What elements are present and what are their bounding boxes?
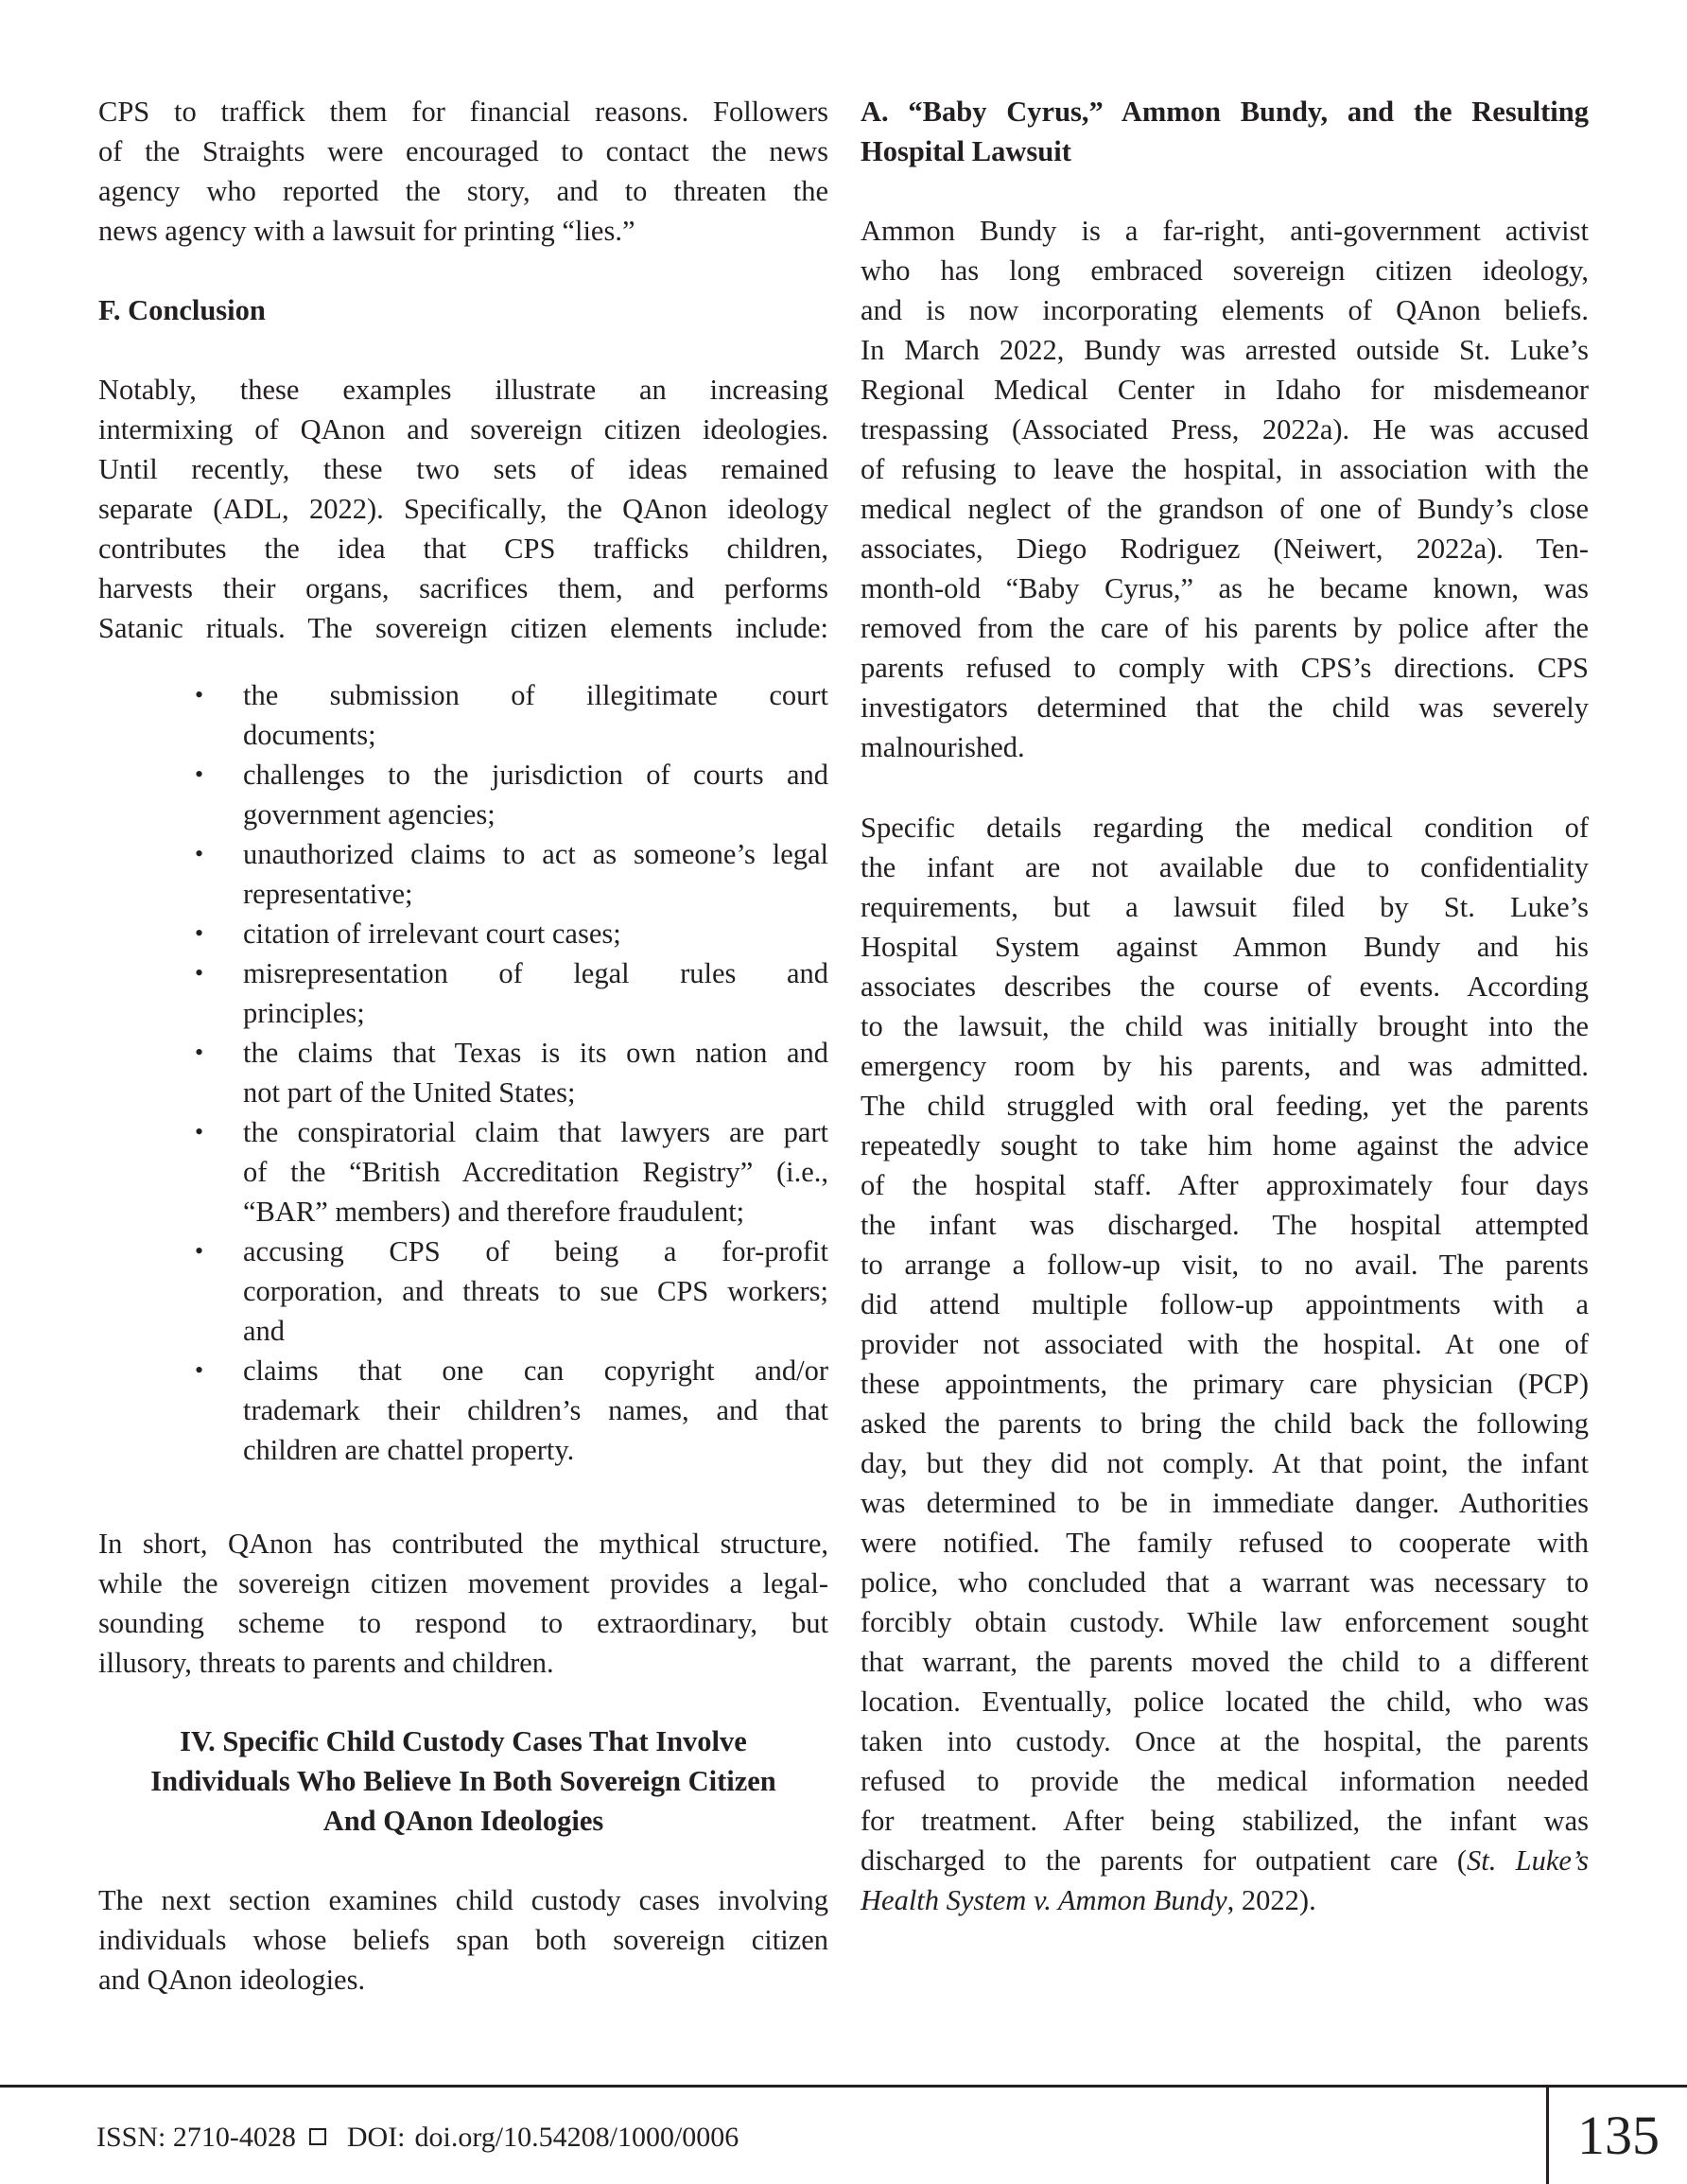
bullet-icon: • bbox=[195, 914, 203, 953]
text-line: citation of irrelevant court cases; bbox=[243, 914, 828, 953]
text-line: Hospital System against Ammon Bundy and … bbox=[861, 927, 1589, 967]
case-name-italic: St. Luke’s bbox=[1467, 1844, 1589, 1877]
footer-citation: ISSN: 2710-4028DOI:doi.org/10.54208/1000… bbox=[96, 2119, 739, 2157]
text-line: separate (ADL, 2022). Specifically, the … bbox=[98, 489, 828, 529]
text-line: challenges to the jurisdiction of courts… bbox=[243, 755, 828, 795]
text-line: misrepresentation of legal rules and bbox=[243, 953, 828, 993]
text-line: requirements, but a lawsuit filed by St.… bbox=[861, 887, 1589, 927]
doi-label: DOI: bbox=[347, 2122, 406, 2153]
text-line: malnourished. bbox=[861, 727, 1589, 767]
bullet-icon: • bbox=[195, 755, 203, 795]
text-line: principles; bbox=[243, 993, 828, 1033]
text-line: “BAR” members) and therefore fraudulent; bbox=[243, 1192, 828, 1232]
text-line: were notified. The family refused to coo… bbox=[861, 1523, 1589, 1563]
text-line: taken into custody. Once at the hospital… bbox=[861, 1721, 1589, 1761]
text-line: discharged to the parents for outpatient… bbox=[861, 1841, 1589, 1880]
text-line: Health System v. Ammon Bundy, 2022). bbox=[861, 1880, 1589, 1920]
text-line: and is now incorporating elements of QAn… bbox=[861, 290, 1589, 330]
case-name-italic: Health System v. Ammon Bundy bbox=[861, 1884, 1227, 1916]
text-line: Satanic rituals. The sovereign citizen e… bbox=[98, 608, 828, 648]
text-line: trademark their children’s names, and th… bbox=[243, 1390, 828, 1430]
text-line: Regional Medical Center in Idaho for mis… bbox=[861, 370, 1589, 410]
text-line: associates, Diego Rodriguez (Neiwert, 20… bbox=[861, 529, 1589, 568]
heading-line: A. “Baby Cyrus,” Ammon Bundy, and the Re… bbox=[861, 92, 1589, 131]
text-line: emergency room by his parents, and was a… bbox=[861, 1046, 1589, 1086]
page-number: 135 bbox=[1577, 2107, 1660, 2164]
text-line: associates describes the course of event… bbox=[861, 967, 1589, 1006]
footer-divider bbox=[1546, 2087, 1549, 2184]
text-line: individuals whose beliefs span both sove… bbox=[98, 1920, 828, 1960]
text-line: and QAnon ideologies. bbox=[98, 1960, 828, 2000]
text-line: Until recently, these two sets of ideas … bbox=[98, 449, 828, 489]
text-line: the claims that Texas is its own nation … bbox=[243, 1033, 828, 1073]
text-line: for treatment. After being stabilized, t… bbox=[861, 1801, 1589, 1841]
text-line: and bbox=[243, 1311, 828, 1351]
text-line: who has long embraced sovereign citizen … bbox=[861, 251, 1589, 290]
text-line: Notably, these examples illustrate an in… bbox=[98, 370, 828, 410]
section-heading-conclusion: F. Conclusion bbox=[98, 290, 828, 330]
text-line: while the sovereign citizen movement pro… bbox=[98, 1564, 828, 1603]
text-line: documents; bbox=[243, 715, 828, 755]
text-line: to the lawsuit, the child was initially … bbox=[861, 1006, 1589, 1046]
footer-rule bbox=[0, 2085, 1687, 2088]
heading-line: Individuals Who Believe In Both Sovereig… bbox=[98, 1761, 828, 1801]
text-line: forcibly obtain custody. While law enfor… bbox=[861, 1602, 1589, 1642]
text-line: agency who reported the story, and to th… bbox=[98, 171, 828, 211]
text-line: CPS to traffick them for financial reaso… bbox=[98, 92, 828, 131]
text-line: was determined to be in immediate danger… bbox=[861, 1483, 1589, 1523]
heading-line: Hospital Lawsuit bbox=[861, 131, 1589, 171]
text-line: month-old “Baby Cyrus,” as he became kno… bbox=[861, 568, 1589, 608]
text-line: representative; bbox=[243, 874, 828, 914]
text-line: asked the parents to bring the child bac… bbox=[861, 1404, 1589, 1443]
text-line: trespassing (Associated Press, 2022a). H… bbox=[861, 410, 1589, 449]
bullet-icon: • bbox=[195, 1112, 203, 1152]
text-line: The child struggled with oral feeding, y… bbox=[861, 1086, 1589, 1126]
text-line: repeatedly sought to take him home again… bbox=[861, 1126, 1589, 1165]
text-span: discharged to the parents for outpatient… bbox=[861, 1844, 1467, 1877]
text-line: corporation, and threats to sue CPS work… bbox=[243, 1271, 828, 1311]
text-line: the conspiratorial claim that lawyers ar… bbox=[243, 1112, 828, 1152]
bullet-icon: • bbox=[195, 1232, 203, 1271]
text-line: news agency with a lawsuit for printing … bbox=[98, 211, 828, 251]
text-line: sounding scheme to respond to extraordin… bbox=[98, 1603, 828, 1643]
text-line: the infant was discharged. The hospital … bbox=[861, 1205, 1589, 1245]
text-line: that warrant, the parents moved the chil… bbox=[861, 1642, 1589, 1682]
text-line: The next section examines child custody … bbox=[98, 1880, 828, 1920]
text-line: medical neglect of the grandson of one o… bbox=[861, 489, 1589, 529]
text-line: location. Eventually, police located the… bbox=[861, 1682, 1589, 1721]
text-line: day, but they did not comply. At that po… bbox=[861, 1443, 1589, 1483]
text-line: contributes the idea that CPS trafficks … bbox=[98, 529, 828, 568]
text-line: did attend multiple follow-up appointmen… bbox=[861, 1284, 1589, 1324]
bullet-icon: • bbox=[195, 1351, 203, 1390]
bullet-icon: • bbox=[195, 834, 203, 874]
text-line: illusory, threats to parents and childre… bbox=[98, 1643, 828, 1683]
text-line: police, who concluded that a warrant was… bbox=[861, 1563, 1589, 1602]
doi-link[interactable]: doi.org/10.54208/1000/0006 bbox=[415, 2122, 739, 2153]
text-line: of the hospital staff. After approximate… bbox=[861, 1165, 1589, 1205]
text-line: of the Straights were encouraged to cont… bbox=[98, 131, 828, 171]
text-line: In short, QAnon has contributed the myth… bbox=[98, 1524, 828, 1564]
heading-line: IV. Specific Child Custody Cases That In… bbox=[98, 1721, 828, 1761]
text-line: the submission of illegitimate court bbox=[243, 675, 828, 715]
text-line: the infant are not available due to conf… bbox=[861, 847, 1589, 887]
text-line: parents refused to comply with CPS’s dir… bbox=[861, 648, 1589, 688]
text-line: of the “British Accreditation Registry” … bbox=[243, 1152, 828, 1192]
text-span: , 2022). bbox=[1227, 1884, 1316, 1916]
text-line: Ammon Bundy is a far-right, anti-governm… bbox=[861, 211, 1589, 251]
text-line: children are chattel property. bbox=[243, 1430, 828, 1470]
text-line: to arrange a follow-up visit, to no avai… bbox=[861, 1245, 1589, 1284]
heading-line: And QAnon Ideologies bbox=[98, 1801, 828, 1841]
text-line: provider not associated with the hospita… bbox=[861, 1324, 1589, 1364]
text-line: accusing CPS of being a for-profit bbox=[243, 1232, 828, 1271]
text-line: In March 2022, Bundy was arrested outsid… bbox=[861, 330, 1589, 370]
bullet-icon: • bbox=[195, 1033, 203, 1073]
text-line: of refusing to leave the hospital, in as… bbox=[861, 449, 1589, 489]
text-line: not part of the United States; bbox=[243, 1073, 828, 1112]
text-line: claims that one can copyright and/or bbox=[243, 1351, 828, 1390]
square-separator-icon bbox=[309, 2128, 326, 2145]
text-line: Specific details regarding the medical c… bbox=[861, 808, 1589, 847]
text-line: unauthorized claims to act as someone’s … bbox=[243, 834, 828, 874]
text-line: intermixing of QAnon and sovereign citiz… bbox=[98, 410, 828, 449]
text-line: government agencies; bbox=[243, 795, 828, 834]
bullet-icon: • bbox=[195, 953, 203, 993]
text-line: investigators determined that the child … bbox=[861, 688, 1589, 727]
bullet-icon: • bbox=[195, 675, 203, 715]
text-line: refused to provide the medical informati… bbox=[861, 1761, 1589, 1801]
text-line: harvests their organs, sacrifices them, … bbox=[98, 568, 828, 608]
text-line: these appointments, the primary care phy… bbox=[861, 1364, 1589, 1404]
issn: ISSN: 2710-4028 bbox=[96, 2122, 296, 2153]
text-line: removed from the care of his parents by … bbox=[861, 608, 1589, 648]
